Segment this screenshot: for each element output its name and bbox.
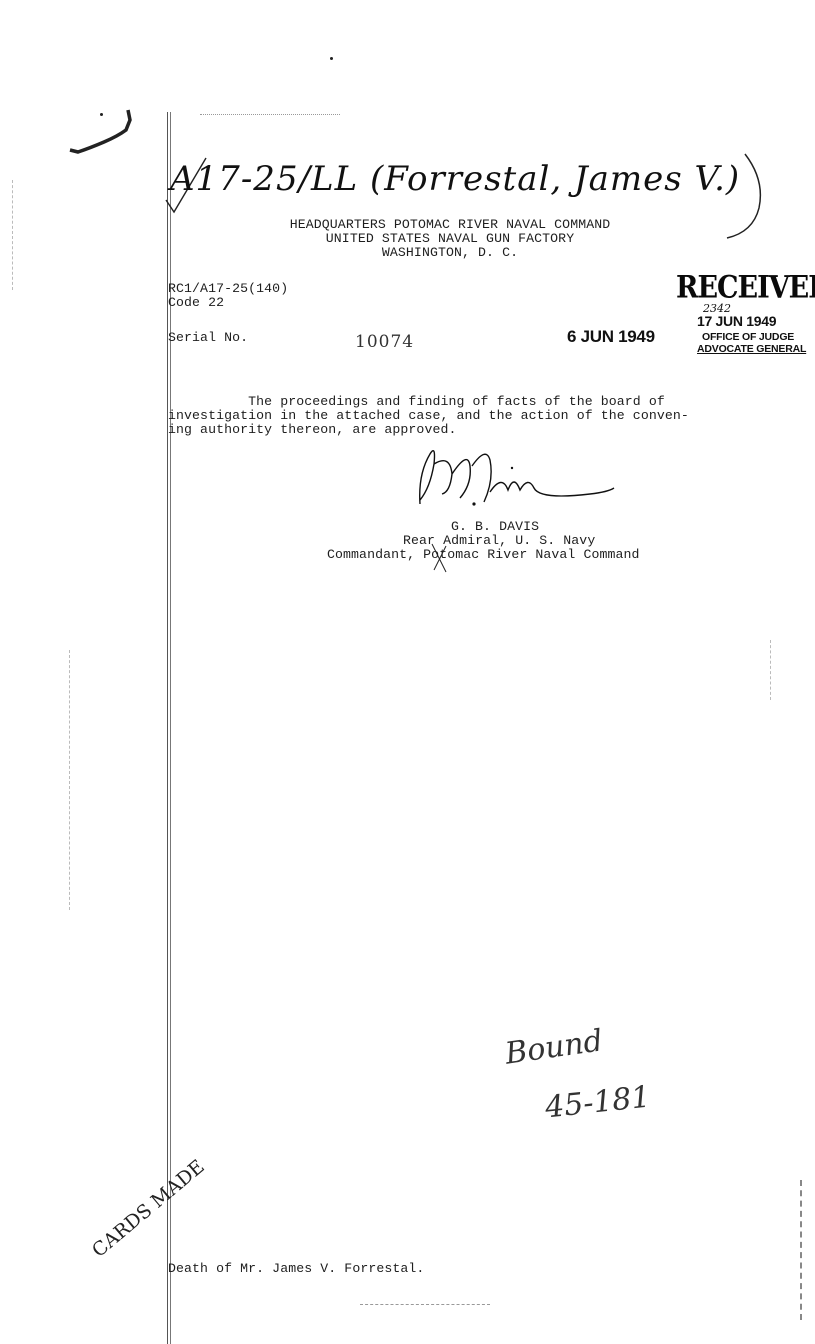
handwritten-note-number: 45-181 — [543, 1080, 652, 1126]
scan-artifact-line — [69, 650, 70, 910]
subject-line: Death of Mr. James V. Forrestal. — [168, 1262, 424, 1276]
scan-artifact-line — [200, 114, 340, 115]
file-annotation-handwritten: A17-25/LL (Forrestal, James V.) — [170, 159, 740, 199]
body-line-1: The proceedings and finding of facts of … — [168, 395, 665, 409]
annotation-bracket — [715, 150, 765, 250]
received-stamp-office-1: OFFICE OF JUDGE — [702, 331, 794, 343]
document-page: A17-25/LL (Forrestal, James V.) HEADQUAR… — [0, 0, 815, 1344]
received-stamp-title: RECEIVED — [676, 270, 815, 306]
scan-artifact-line — [800, 1180, 802, 1320]
code-number: Code 22 — [168, 296, 224, 310]
page-corner-mark — [70, 110, 140, 180]
signature-scrawl — [390, 444, 620, 524]
body-line-2: investigation in the attached case, and … — [168, 409, 689, 423]
file-code: RC1/A17-25(140) — [168, 282, 288, 296]
received-stamp-date: 17 JUN 1949 — [697, 313, 776, 329]
received-stamp-office-2: ADVOCATE GENERAL — [697, 343, 806, 355]
scan-speck — [330, 57, 333, 60]
scan-artifact-line — [770, 640, 771, 700]
signatory-name: G. B. DAVIS — [451, 520, 539, 534]
letterhead-line-3: WASHINGTON, D. C. — [230, 246, 670, 260]
scan-artifact-line — [12, 180, 13, 290]
body-line-3: ing authority thereon, are approved. — [168, 423, 457, 437]
serial-number: 10074 — [355, 332, 414, 352]
scan-artifact-line — [360, 1304, 490, 1305]
margin-note-cards-made: CARDS MADE — [88, 1156, 209, 1262]
handwritten-note-bound: Bound — [503, 1023, 605, 1071]
serial-label: Serial No. — [168, 331, 248, 345]
letterhead-line-2: UNITED STATES NAVAL GUN FACTORY — [230, 232, 670, 246]
date-stamp: 6 JUN 1949 — [567, 327, 655, 347]
letterhead-line-1: HEADQUARTERS POTOMAC RIVER NAVAL COMMAND — [230, 218, 670, 232]
signatory-title: Commandant, Potomac River Naval Command — [327, 548, 640, 562]
strike-mark — [430, 540, 450, 574]
